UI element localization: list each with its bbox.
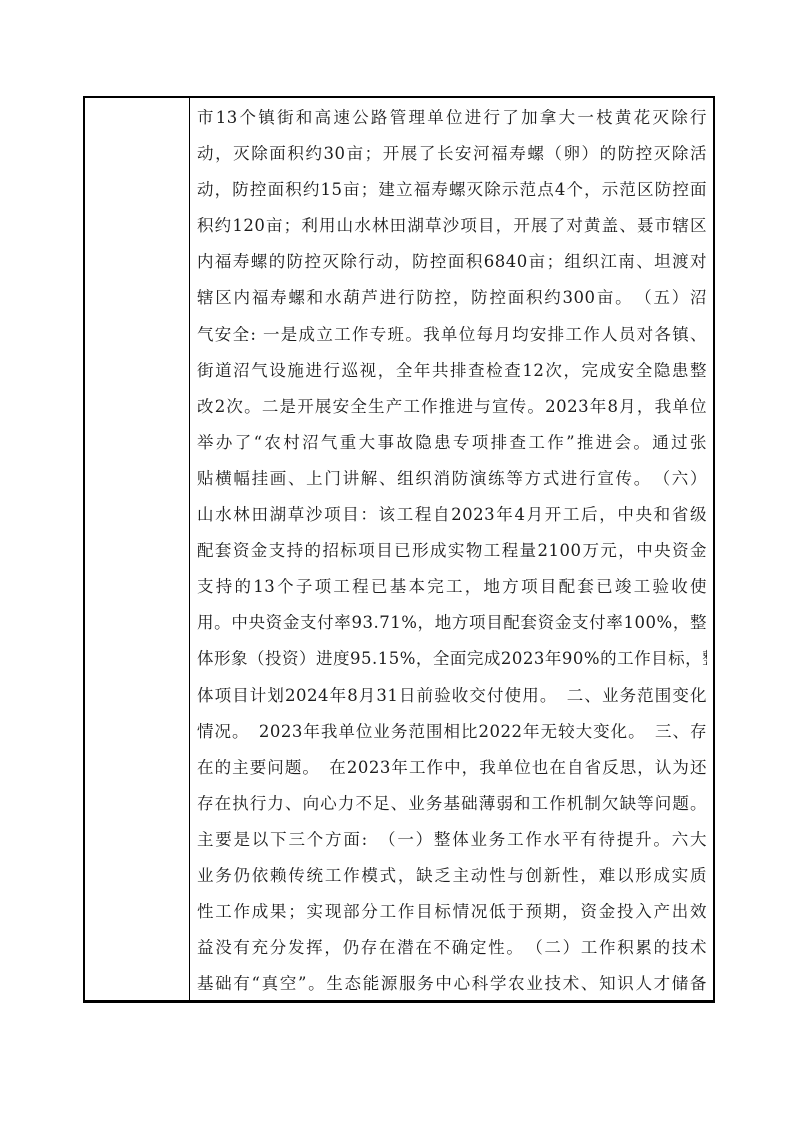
text-line: 基础有“真空”。生态能源服务中心科学农业技术、知识人才储备 <box>197 966 707 1000</box>
text-line: 主要是以下三个方面: （一）整体业务工作水平有待提升。六大 <box>197 822 707 858</box>
text-line: 山水林田湖草沙项目：该工程自2023年4月开工后，中央和省级 <box>197 497 707 533</box>
report-table: 市13个镇街和高速公路管理单位进行了加拿大一枝黄花灭除行动，灭除面积约30亩；开… <box>83 96 715 1003</box>
text-line: 益没有充分发挥，仍存在潜在不确定性。 （二）工作积累的技术 <box>197 930 707 966</box>
text-line: 内福寿螺的防控灭除行动，防控面积6840亩；组织江南、坦渡对 <box>197 244 707 280</box>
text-line: 贴横幅挂画、上门讲解、组织消防演练等方式进行宣传。 （六） <box>197 461 707 497</box>
text-line: 业务仍依赖传统工作模式，缺乏主动性与创新性，难以形成实质 <box>197 858 707 894</box>
text-line: 举办了“农村沼气重大事故隐患专项排查工作”推进会。通过张 <box>197 425 707 461</box>
text-line: 支持的13个子项工程已基本完工，地方项目配套已竣工验收使 <box>197 569 707 605</box>
text-line: 市13个镇街和高速公路管理单位进行了加拿大一枝黄花灭除行 <box>197 100 707 136</box>
text-line: 气安全: 一是成立工作专班。我单位每月均安排工作人员对各镇、 <box>197 317 707 353</box>
text-line: 动，防控面积约15亩；建立福寿螺灭除示范点4个，示范区防控面 <box>197 172 707 208</box>
text-line: 情况。 2023年我单位业务范围相比2022年无较大变化。 三、存 <box>197 714 707 750</box>
text-line: 街道沼气设施进行巡视，全年共排查检查12次，完成安全隐患整 <box>197 353 707 389</box>
text-line: 用。中央资金支付率93.71%，地方项目配套资金支付率100%，整 <box>197 605 707 641</box>
text-line: 存在执行力、向心力不足、业务基础薄弱和工作机制欠缺等问题。 <box>197 786 707 822</box>
text-line: 改2次。二是开展安全生产工作推进与宣传。2023年8月，我单位 <box>197 389 707 425</box>
table-content-cell: 市13个镇街和高速公路管理单位进行了加拿大一枝黄花灭除行动，灭除面积约30亩；开… <box>190 98 713 1000</box>
text-line: 性工作成果；实现部分工作目标情况低于预期，资金投入产出效 <box>197 894 707 930</box>
text-line: 动，灭除面积约30亩；开展了长安河福寿螺（卵）的防控灭除活 <box>197 136 707 172</box>
text-line: 体项目计划2024年8月31日前验收交付使用。 二、业务范围变化 <box>197 678 707 714</box>
text-line: 配套资金支持的招标项目已形成实物工程量2100万元，中央资金 <box>197 533 707 569</box>
text-line: 在的主要问题。 在2023年工作中，我单位也在自省反思，认为还 <box>197 750 707 786</box>
table-left-cell <box>85 98 190 1000</box>
text-line: 辖区内福寿螺和水葫芦进行防控，防控面积约300亩。 （五）沼 <box>197 280 707 316</box>
document-page: 市13个镇街和高速公路管理单位进行了加拿大一枝黄花灭除行动，灭除面积约30亩；开… <box>0 0 794 1122</box>
text-line: 体形象（投资）进度95.15%，全面完成2023年90%的工作目标，整 <box>197 641 707 677</box>
text-line: 积约120亩；利用山水林田湖草沙项目，开展了对黄盖、聂市辖区 <box>197 208 707 244</box>
